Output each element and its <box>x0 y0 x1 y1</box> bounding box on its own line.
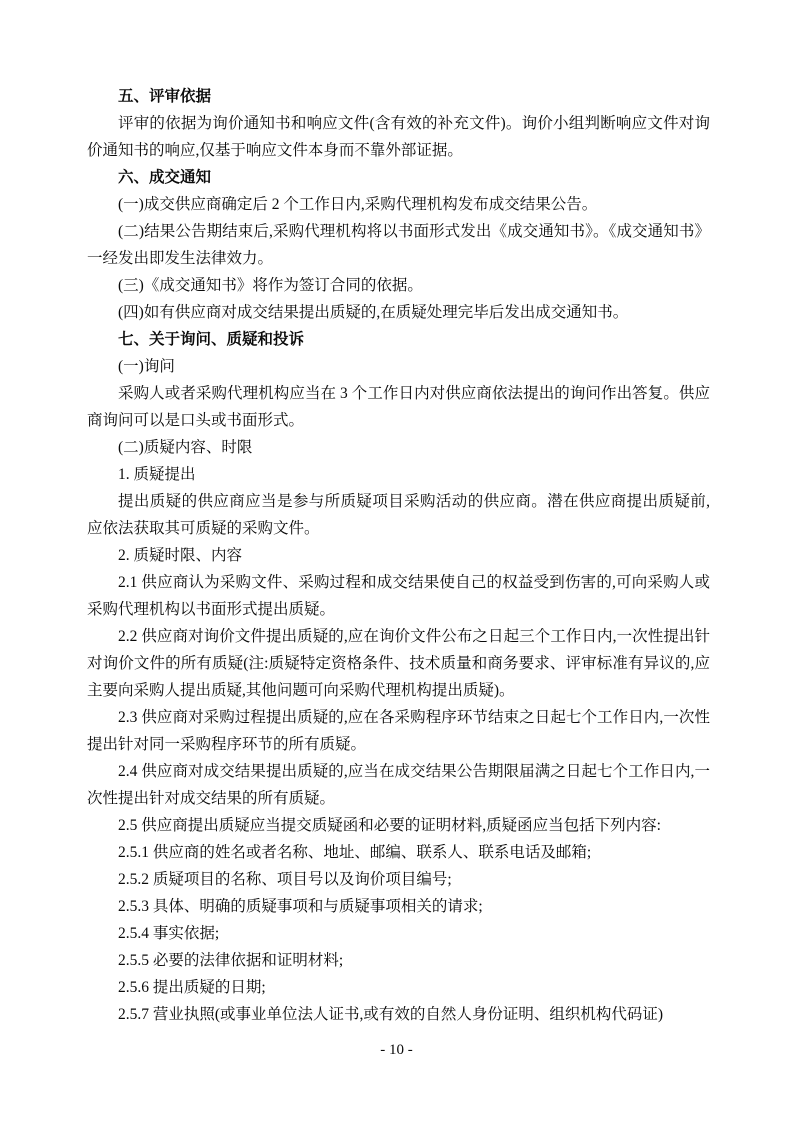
paragraph: (二)质疑内容、时限 <box>87 434 710 461</box>
paragraph: 2.5.1 供应商的姓名或者名称、地址、邮编、联系人、联系电话及邮箱; <box>87 839 710 866</box>
paragraph: 2.3 供应商对采购过程提出质疑的,应在各采购程序环节结束之日起七个工作日内,一… <box>87 704 710 758</box>
paragraph: 2.5.7 营业执照(或事业单位法人证书,或有效的自然人身份证明、组织机构代码证… <box>87 1001 710 1028</box>
paragraph: 2.4 供应商对成交结果提出质疑的,应当在成交结果公告期限届满之日起七个工作日内… <box>87 758 710 812</box>
paragraph: (一)成交供应商确定后 2 个工作日内,采购代理机构发布成交结果公告。 <box>87 191 710 218</box>
paragraph: (三)《成交通知书》将作为签订合同的依据。 <box>87 272 710 299</box>
paragraph: 评审的依据为询价通知书和响应文件(含有效的补充文件)。询价小组判断响应文件对询价… <box>87 110 710 164</box>
paragraph: 采购人或者采购代理机构应当在 3 个工作日内对供应商依法提出的询问作出答复。供应… <box>87 380 710 434</box>
paragraph: 2.5 供应商提出质疑应当提交质疑函和必要的证明材料,质疑函应当包括下列内容: <box>87 812 710 839</box>
paragraph: 2.5.6 提出质疑的日期; <box>87 974 710 1001</box>
paragraph: 1. 质疑提出 <box>87 461 710 488</box>
document-body: 五、评审依据 评审的依据为询价通知书和响应文件(含有效的补充文件)。询价小组判断… <box>87 83 710 1028</box>
section-heading-5: 五、评审依据 <box>87 83 710 110</box>
section-heading-6: 六、成交通知 <box>87 164 710 191</box>
paragraph: 2.5.5 必要的法律依据和证明材料; <box>87 947 710 974</box>
paragraph: (一)询问 <box>87 353 710 380</box>
paragraph: (四)如有供应商对成交结果提出质疑的,在质疑处理完毕后发出成交通知书。 <box>87 299 710 326</box>
paragraph: 提出质疑的供应商应当是参与所质疑项目采购活动的供应商。潜在供应商提出质疑前,应依… <box>87 488 710 542</box>
paragraph: 2.5.4 事实依据; <box>87 920 710 947</box>
paragraph: 2. 质疑时限、内容 <box>87 542 710 569</box>
paragraph: (二)结果公告期结束后,采购代理机构将以书面形式发出《成交通知书》。《成交通知书… <box>87 218 710 272</box>
paragraph: 2.5.3 具体、明确的质疑事项和与质疑事项相关的请求; <box>87 893 710 920</box>
section-heading-7: 七、关于询问、质疑和投诉 <box>87 326 710 353</box>
paragraph: 2.5.2 质疑项目的名称、项目号以及询价项目编号; <box>87 866 710 893</box>
document-page: 五、评审依据 评审的依据为询价通知书和响应文件(含有效的补充文件)。询价小组判断… <box>0 0 793 1122</box>
paragraph: 2.1 供应商认为采购文件、采购过程和成交结果使自己的权益受到伤害的,可向采购人… <box>87 569 710 623</box>
page-number: - 10 - <box>0 1042 793 1059</box>
paragraph: 2.2 供应商对询价文件提出质疑的,应在询价文件公布之日起三个工作日内,一次性提… <box>87 623 710 704</box>
